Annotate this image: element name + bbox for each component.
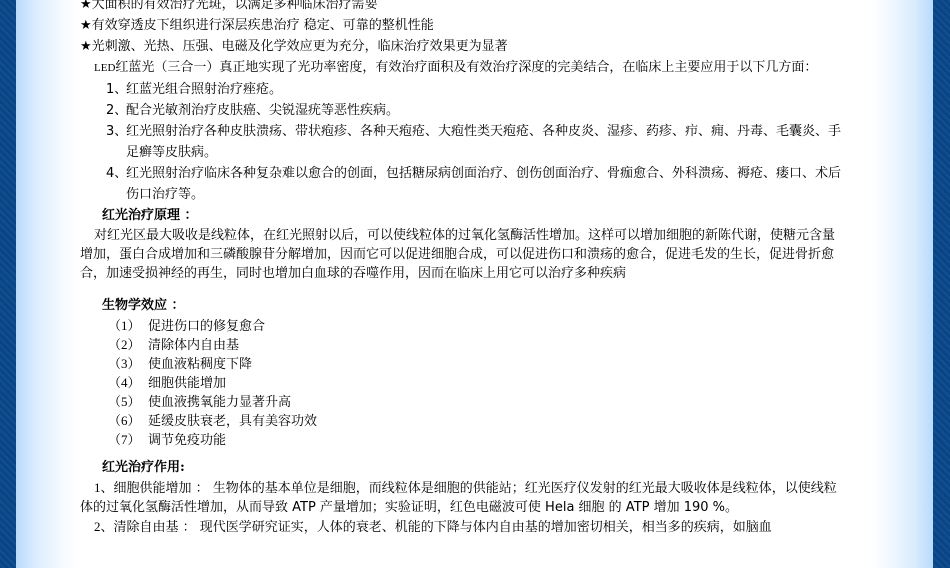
bio-effect-item: （2）清除体内自由基 bbox=[80, 335, 850, 354]
effect-item: 2、清除自由基 ： 现代医学研究证实，人体的衰老、机能的下降与体内自由基的增加密… bbox=[80, 517, 840, 537]
bio-effect-item: （7）调节免疫功能 bbox=[80, 430, 850, 449]
page-panel: 大面积的有效治疗光斑，以满足多种临床治疗需要 有效穿透皮下组织进行深层疾患治疗 … bbox=[16, 0, 933, 568]
star-icon bbox=[80, 18, 92, 33]
application-item: 3、红光照射治疗各种皮肤溃疡、带状疱疹、各种天疱疮、大疱性类天疱疮、各种皮炎、湿… bbox=[80, 121, 850, 163]
star-icon bbox=[80, 39, 92, 54]
article-content: 大面积的有效治疗光斑，以满足多种临床治疗需要 有效穿透皮下组织进行深层疾患治疗 … bbox=[80, 0, 850, 537]
bio-effect-item: （5）使血液携氧能力显著升高 bbox=[80, 392, 850, 411]
page-border-left bbox=[0, 0, 16, 568]
bio-effect-item: （6）延缓皮肤衰老，具有美容功效 bbox=[80, 411, 850, 430]
effects-heading: 红光治疗作用: bbox=[80, 457, 850, 478]
bio-effects-heading: 生物学效应 ： bbox=[80, 295, 850, 316]
bio-effect-item: （1）促进伤口的修复愈合 bbox=[80, 316, 850, 335]
bio-effect-item: （3）使血液粘稠度下降 bbox=[80, 354, 850, 373]
bio-effect-item: （4）细胞供能增加 bbox=[80, 373, 850, 392]
feature-item: 光刺激、光热、压强、电磁及化学效应更为充分，临床治疗效果更为显著 bbox=[80, 36, 850, 57]
principle-heading: 红光治疗原理 ： bbox=[80, 205, 850, 226]
application-item: 1、红蓝光组合照射治疗痤疮。 bbox=[80, 79, 850, 100]
feature-item: 有效穿透皮下组织进行深层疾患治疗 稳定、可靠的整机性能 bbox=[80, 15, 850, 36]
principle-paragraph: 对红光区最大吸收是线粒体，在红光照射以后，可以使线粒体的过氧化氢酶活性增加。这样… bbox=[80, 226, 840, 283]
star-icon bbox=[80, 0, 92, 12]
feature-item: 大面积的有效治疗光斑，以满足多种临床治疗需要 bbox=[80, 0, 850, 15]
page-border-right bbox=[933, 0, 950, 568]
intro-paragraph: LED红蓝光（三合一）真正地实现了光功率密度，有效治疗面积及有效治疗深度的完美结… bbox=[80, 57, 840, 79]
application-item: 4、红光照射治疗临床各种复杂难以愈合的创面，包括糖尿病创面治疗、创伤创面治疗、骨… bbox=[80, 163, 850, 205]
effect-item: 1、细胞供能增加 ： 生物体的基本单位是细胞，而线粒体是细胞的供能站；红光医疗仪… bbox=[80, 478, 840, 517]
application-item: 2、配合光敏剂治疗皮肤癌、尖锐湿疣等恶性疾病。 bbox=[80, 100, 850, 121]
